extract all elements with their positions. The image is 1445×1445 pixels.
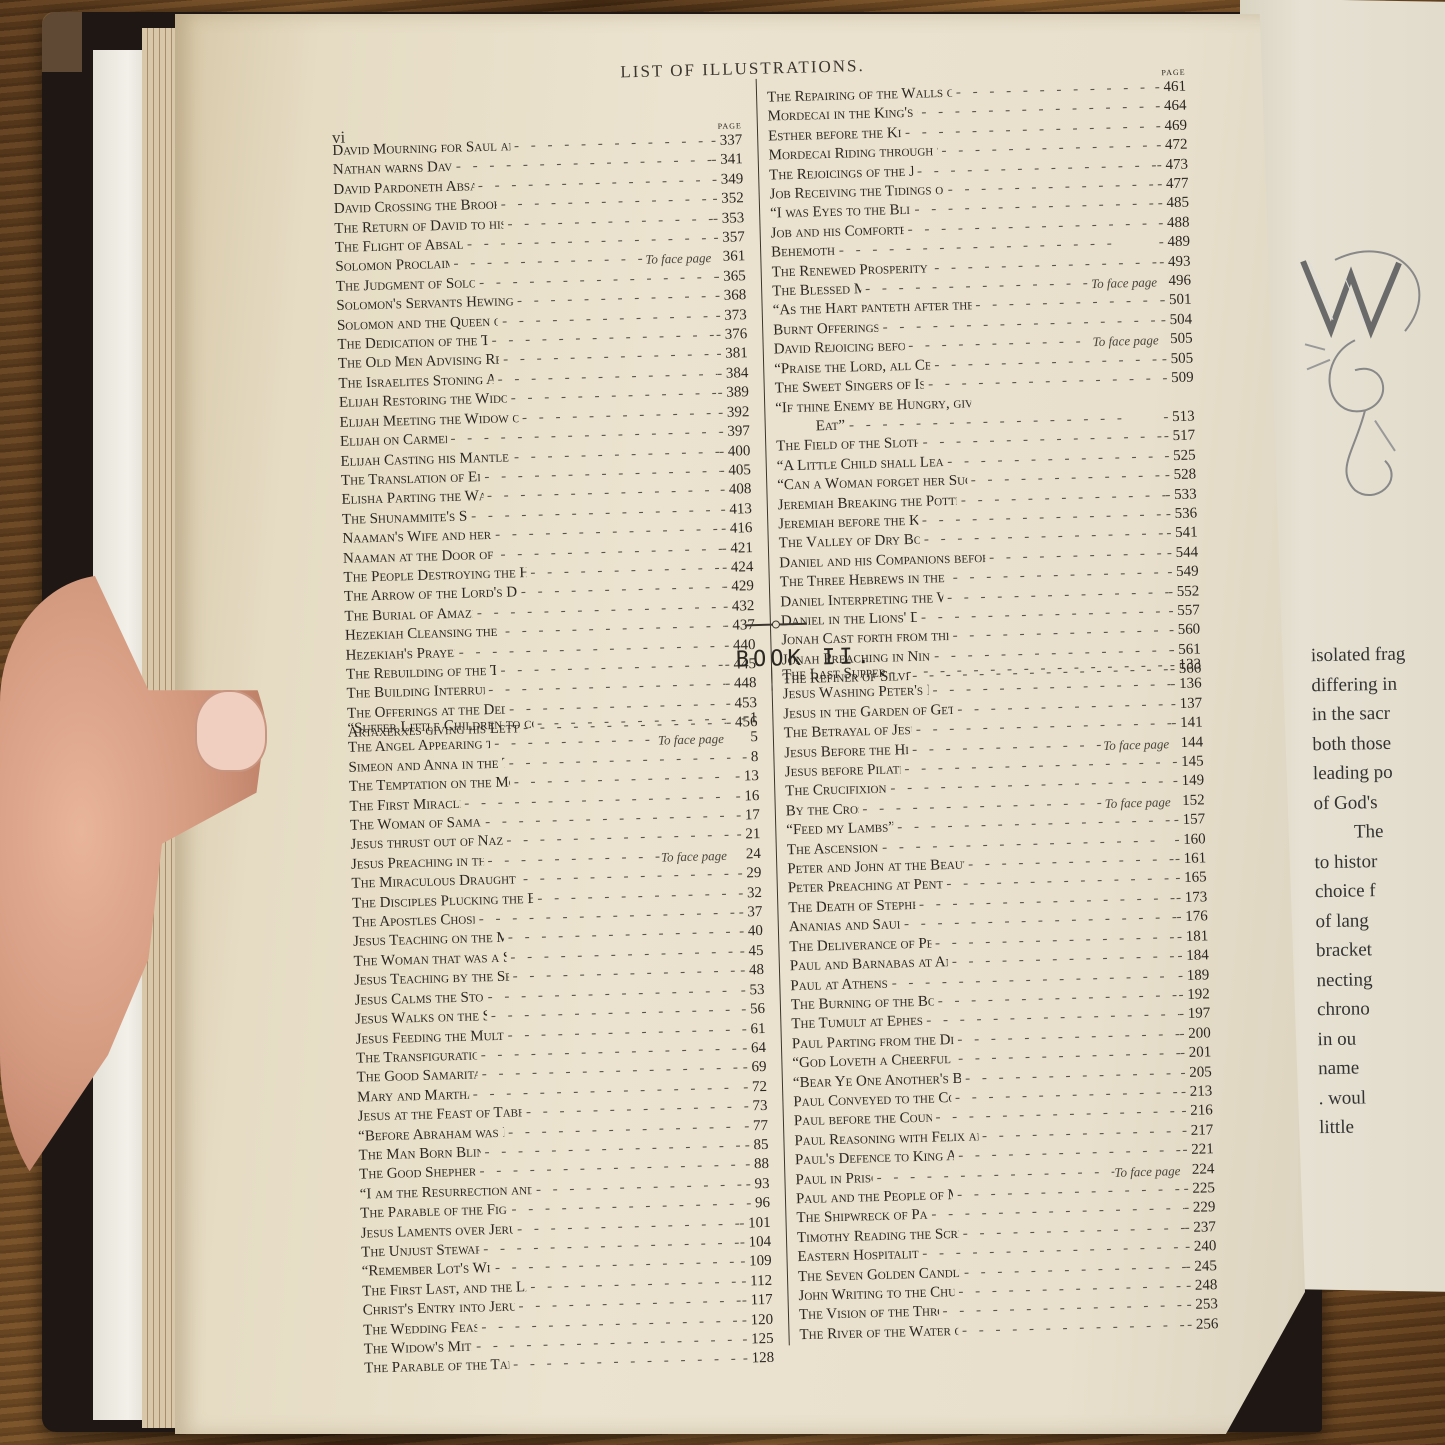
facing-page-line: to histor [1304,845,1445,877]
page-number: 136 [1170,675,1202,695]
page-number: 248 [1186,1276,1218,1296]
illustration-title: Paul in Prison [795,1169,873,1190]
page-number: 205 [1180,1063,1212,1083]
page-number: 400 [719,442,751,462]
to-face-page-note: To face page [1114,1161,1180,1182]
book1-right-column: PAGE The Repairing of the Walls of Jerus… [756,68,1202,691]
page-number: 96 [742,1194,770,1214]
page-number: 101 [739,1213,771,1233]
page-number: 461 [1155,78,1187,98]
page-number: 496 [1163,272,1191,292]
page-number: 408 [720,480,752,500]
page-number: 53 [736,981,764,1001]
page-number: 557 [1168,601,1200,621]
page-number: 72 [739,1078,767,1098]
page-number: 112 [741,1272,772,1292]
facing-page-line: choice f [1305,875,1445,907]
page-number: 437 [723,616,755,636]
page-number: 357 [713,228,745,248]
page-number: 8 [730,748,758,768]
page-number: 421 [721,539,753,559]
page-number: 24 [733,845,761,865]
page-number: 493 [1159,252,1191,272]
page-number: 192 [1178,985,1210,1005]
page-number: 5 [730,728,758,748]
page-number: 61 [737,1019,765,1039]
page-number: 373 [715,306,747,326]
page-number: 432 [723,597,755,617]
page-number: 376 [716,325,748,345]
facing-page-line: chrono [1307,993,1445,1025]
page-number: 16 [731,787,759,807]
page-number: 245 [1185,1257,1217,1277]
page-number: 349 [712,170,744,190]
page-number: 141 [1171,714,1203,734]
page-number: 472 [1156,136,1188,156]
page-number: 17 [732,806,760,826]
page-number: 341 [711,151,743,171]
page-number: 384 [717,364,749,384]
page-number: 424 [722,558,754,578]
illustration-title: The Crucifixion [785,780,887,802]
facing-page-line: of God's [1303,786,1445,818]
facing-page-line: bracket [1306,934,1445,966]
page-number: 133 [1170,655,1202,675]
thumb [195,690,267,772]
page-number: 513 [1163,407,1195,427]
page-number: 337 [711,131,743,151]
page-number: 37 [734,903,762,923]
page-number: 145 [1172,752,1204,772]
page-number: 104 [740,1233,772,1253]
page-number: 413 [720,500,752,520]
book1-left-column: PAGE David Mourning for Saul and Jonatha… [332,121,758,743]
illustration-title: The Ascension [787,839,879,861]
page-number: 477 [1157,175,1189,195]
to-face-page-note: To face page [661,846,727,867]
page-number: 184 [1177,946,1209,966]
page-number: 197 [1179,1005,1211,1025]
illustration-title: Behemoth [771,242,835,263]
page-number: 361 [717,248,745,268]
facing-page-line: in ou [1307,1022,1445,1054]
illustration-title: The River of the Water of Life [799,1322,958,1346]
illustration-title: The Parable of the Talents [364,1356,509,1379]
page-number: 549 [1167,563,1199,583]
page-number: 13 [731,767,759,787]
page-number: 505 [1164,330,1192,350]
facing-page-line: differing in [1301,668,1445,700]
facing-page-text: isolated fragdiffering inin the sacrboth… [1301,639,1445,1143]
page-number: 77 [740,1116,768,1136]
page-number: 485 [1158,194,1190,214]
page-number: 173 [1176,888,1208,908]
to-face-page-note: To face page [645,249,711,270]
page-number: 165 [1175,869,1207,889]
page-number: 253 [1186,1296,1218,1316]
page-number: 224 [1186,1160,1214,1180]
illustration-title: Paul at Athens [790,974,888,996]
page-number: 353 [713,209,745,229]
page-number: 125 [742,1330,774,1350]
page-number: 389 [717,383,749,403]
page-number: 237 [1184,1218,1216,1238]
ornamental-initial-w-icon: W [1295,219,1445,512]
page-number: 117 [742,1291,773,1311]
page-number: 528 [1165,466,1197,486]
page-number: 137 [1171,694,1203,714]
page-number: 533 [1165,485,1197,505]
page-number: 448 [725,674,757,694]
page-number: 85 [740,1136,768,1156]
page-number: 64 [738,1039,766,1059]
page-number: 536 [1166,504,1198,524]
to-face-page-note: To face page [1091,272,1157,293]
page-number: 200 [1179,1024,1211,1044]
illustration-title: By the Cross [786,800,859,821]
page-number: 229 [1184,1199,1216,1219]
page-number: 181 [1177,927,1209,947]
page-number: 45 [735,942,763,962]
page-number: 176 [1176,908,1208,928]
book2-left-column: “Suffer Little Children to come unto Me”… [347,709,774,1379]
page-number: 56 [737,1000,765,1020]
page-number: 189 [1178,966,1210,986]
page-number: 201 [1180,1043,1212,1063]
page-number: 489 [1159,233,1191,253]
illustration-title: The Blessed Man [772,280,861,302]
page-number: 473 [1157,155,1189,175]
to-face-page-note: To face page [1092,331,1158,352]
page-number: 109 [740,1252,772,1272]
page-number: 160 [1174,830,1206,850]
page-number: 48 [736,961,764,981]
facing-page-line: . woul [1308,1081,1445,1113]
page-number: 40 [735,922,763,942]
page-number: 469 [1156,116,1188,136]
page-number: 544 [1167,543,1199,563]
page-number: 365 [714,267,746,287]
page-number: 501 [1160,291,1192,311]
page-number: 397 [718,422,750,442]
page-number: 405 [719,461,751,481]
page-number: 552 [1168,582,1200,602]
page-number: 509 [1162,369,1194,389]
page-number: 352 [712,189,744,209]
facing-page-line: both those [1302,727,1445,759]
page-number: 216 [1181,1102,1213,1122]
page-number: 225 [1183,1179,1215,1199]
page-number: 541 [1166,524,1198,544]
page-number: 560 [1169,621,1201,641]
page-number: 213 [1181,1082,1213,1102]
page-number: 416 [721,519,753,539]
page-number: 217 [1182,1121,1214,1141]
page-number: 505 [1162,349,1194,369]
page-number: 221 [1182,1140,1214,1160]
page-number: 152 [1176,791,1204,811]
page-number: 161 [1175,849,1207,869]
page-number: 464 [1155,97,1187,117]
page-number: 29 [733,864,761,884]
facing-page-line: necting [1306,963,1445,995]
to-face-page-note: To face page [1103,734,1169,755]
page-number: 21 [732,825,760,845]
to-face-page-note: To face page [658,729,724,750]
worn-cover-corner [42,12,82,72]
page-number: 368 [715,286,747,306]
page-number: 149 [1173,772,1205,792]
page-number: 488 [1158,213,1190,233]
page-number: 525 [1164,446,1196,466]
page-number: 256 [1187,1315,1219,1335]
facing-page-line: The [1304,816,1445,848]
illustration-title: Eat” [816,417,846,437]
facing-page-line: of lang [1305,904,1445,936]
page-number: 120 [742,1310,774,1330]
facing-page-line: in the sacr [1302,698,1445,730]
book2-right-column: The Last Supper133Jesus Washing Peter's … [771,655,1219,1345]
page-number: 381 [716,345,748,365]
facing-page-line: isolated frag [1301,639,1445,671]
page-number: 73 [739,1097,767,1117]
to-face-page-note: To face page [1105,792,1171,813]
page-number: 157 [1174,811,1206,831]
page-number: 1 [729,709,757,729]
facing-page-line: name [1308,1052,1445,1084]
page-number: 128 [743,1349,775,1369]
facing-page-line: leading po [1303,757,1445,789]
page-number: 504 [1161,310,1193,330]
page-number: 88 [741,1155,769,1175]
page-number: 517 [1164,427,1196,447]
page-number: 392 [718,403,750,423]
facing-page-line: little [1309,1111,1445,1143]
page-number: 93 [741,1175,769,1195]
page-number: 32 [734,884,762,904]
page-number: 144 [1175,733,1203,753]
page-number: 240 [1185,1237,1217,1257]
page-number: 429 [722,577,754,597]
page-number: 69 [738,1058,766,1078]
